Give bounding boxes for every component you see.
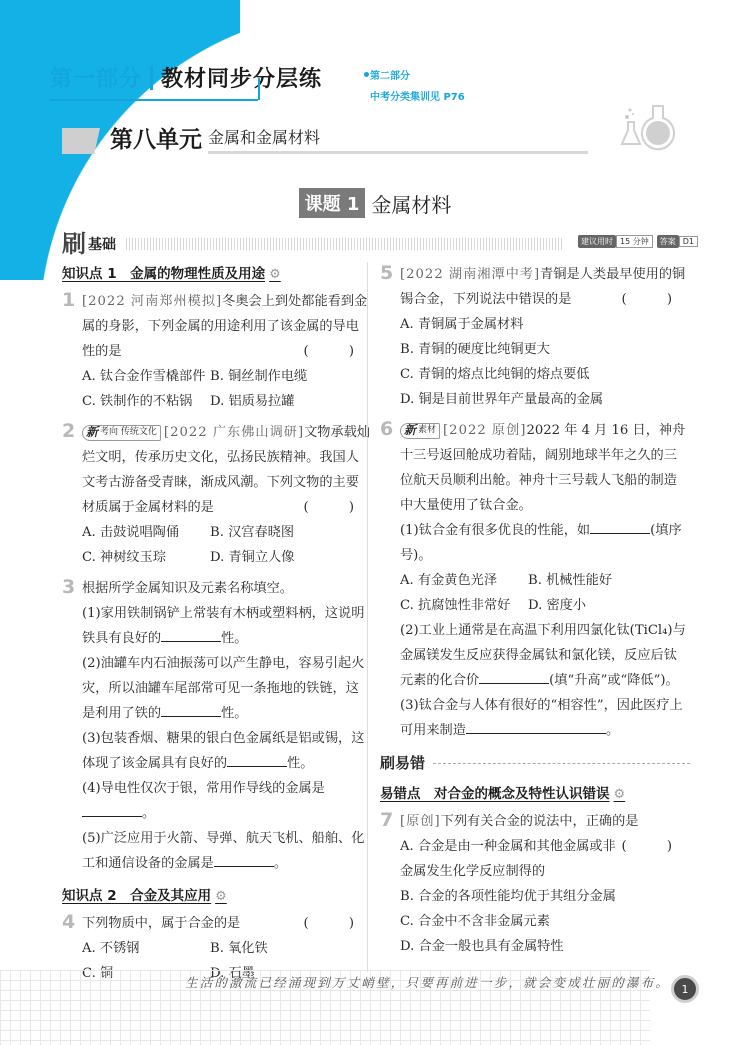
lesson-title: 金属材料 [371, 189, 451, 218]
question-stem: 根据所学金属知识及元素名称填空。 [82, 576, 372, 601]
knowledge-point-1: 知识点 1 金属的物理性质及用途⚙ [62, 262, 372, 287]
unit-title: 第八单元 [110, 126, 202, 154]
ref-line2: 中考分类集训见 P76 [370, 87, 465, 108]
motto: 生活的激流已经涌现到万丈峭壁，只要再前进一步，就会变成壮丽的瀑布。 [185, 973, 670, 991]
question-number: 7 [380, 808, 393, 833]
section-title: 基础 [88, 234, 116, 254]
question-5: 5 [2022 湖南湘潭中考]青铜是人类最早使用的铜锡合金，下列说法中错误的是(… [380, 262, 690, 412]
question-stem: 下列有关合金的说法中，正确的是 [441, 814, 639, 829]
answer-blank[interactable] [161, 627, 221, 642]
answer-paren: ( ) [622, 287, 690, 312]
question-stem: 下列物质中，属于合金的是 [82, 916, 240, 931]
lesson-tag: 课题 1 [299, 188, 366, 218]
question-source: [2022 河南郑州模拟] [82, 294, 222, 309]
question-number: 2 [62, 419, 75, 444]
question-source: [2022 湖南湘潭中考] [400, 267, 540, 282]
answer-blank[interactable] [82, 802, 142, 817]
question-7: 7 [原创]下列有关合金的说法中，正确的是( ) A. 合金是由一种金属和其他金… [380, 809, 690, 959]
answer-paren: ( ) [304, 495, 372, 520]
divider [150, 66, 153, 90]
header-underline [50, 99, 258, 101]
new-badge: 新素材 [400, 423, 440, 439]
unit-subtitle: 金属和金属材料 [208, 126, 588, 154]
unit-marker [62, 128, 100, 154]
answer-blank[interactable] [214, 852, 274, 867]
options: A. 击鼓说唱陶俑B. 汉宫春晓图 C. 神树纹玉琮D. 青铜立人像 [82, 520, 372, 570]
question-1: 1 [2022 河南郑州模拟]冬奥会上到处都能看到金属的身影，下列金属的用途利用… [62, 289, 372, 414]
ref-line1: 第二部分 [370, 66, 465, 87]
unit-heading: 第八单元 金属和金属材料 [62, 126, 588, 154]
error-point: 易错点 对合金的概念及特性认识错误⚙ [380, 782, 690, 807]
wrench-icon: ⚙ [269, 262, 281, 287]
left-column: 知识点 1 金属的物理性质及用途⚙ 1 [2022 河南郑州模拟]冬奥会上到处都… [62, 262, 372, 986]
answer-blank[interactable] [466, 719, 606, 734]
question-number: 6 [380, 417, 393, 442]
section-bar: 刷 基础 建议用时15 分钟 答案D1 [62, 228, 698, 254]
question-source: [2022 原创] [443, 423, 526, 438]
question-source: [2022 广东佛山调研] [164, 425, 304, 440]
question-3: 3 根据所学金属知识及元素名称填空。 (1)家用铁制锅铲上常装有木柄或塑料柄，这… [62, 576, 372, 876]
flask-icon [620, 100, 700, 160]
error-section-title: 刷易错 [380, 751, 425, 776]
answer-paren: ( ) [622, 834, 690, 859]
right-column: 5 [2022 湖南湘潭中考]青铜是人类最早使用的铜锡合金，下列说法中错误的是(… [380, 262, 690, 959]
brush-mark: 刷 [62, 224, 86, 259]
knowledge-point-2: 知识点 2 合金及其应用⚙ [62, 884, 372, 909]
cross-reference: 第二部分 中考分类集训见 P76 [370, 66, 465, 108]
time-tag: 建议用时15 分钟 [578, 235, 653, 248]
question-6: 6 新素材[2022 原创]2022 年 4 月 16 日，神舟十三号返回舱成功… [380, 418, 690, 743]
header-vline [258, 78, 260, 100]
answer-paren: ( ) [304, 911, 372, 936]
question-2: 2 新考向 传统文化[2022 广东佛山调研]文物承载灿烂文明，传承历史文化，弘… [62, 420, 372, 570]
question-number: 5 [380, 261, 393, 286]
answer-blank[interactable] [161, 702, 221, 717]
answer-blank[interactable] [479, 669, 549, 684]
question-source: [原创] [400, 814, 441, 829]
stripe-decoration [126, 238, 564, 250]
dot-icon [364, 72, 369, 77]
new-badge: 新考向 传统文化 [82, 425, 161, 441]
part-label: 第一部分 [50, 62, 142, 93]
answer-blank[interactable] [227, 752, 287, 767]
part-title: 教材同步分层练 [161, 62, 322, 93]
page-number: 1 [671, 975, 699, 1003]
question-number: 4 [62, 910, 75, 935]
lesson-heading: 课题 1 金属材料 [0, 188, 750, 218]
options: A. 有金黄色光泽B. 机械性能好 C. 抗腐蚀性非常好D. 密度小 [400, 568, 690, 618]
answer-paren: ( ) [304, 339, 372, 364]
answer-blank[interactable] [590, 519, 650, 534]
answer-tag: 答案D1 [657, 235, 698, 248]
error-section-bar: 刷易错 [380, 751, 690, 776]
question-number: 1 [62, 288, 75, 313]
wrench-icon: ⚙ [215, 884, 227, 909]
wrench-icon: ⚙ [614, 782, 626, 807]
options: A. 钛合金作雪橇部件B. 铜丝制作电缆 C. 铁制作的不粘锅D. 铝质易拉罐 [82, 364, 372, 414]
question-number: 3 [62, 575, 75, 600]
part-header: 第一部分 教材同步分层练 [50, 62, 322, 93]
